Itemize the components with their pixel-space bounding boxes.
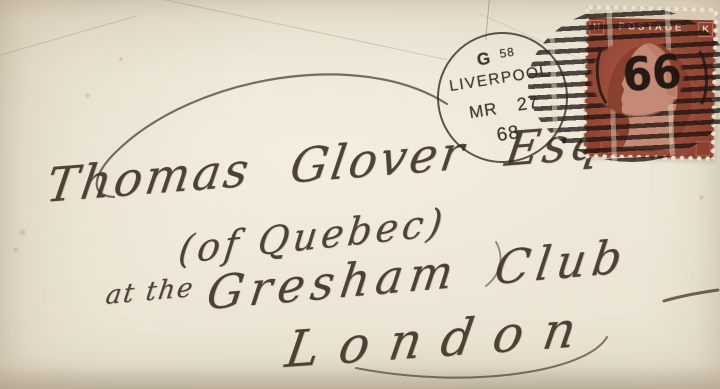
foxing-spot <box>698 194 705 201</box>
stamp-inscription: POSTAGE <box>586 21 716 35</box>
stamp-corner-square-bl <box>587 139 602 154</box>
envelope-photo: Thomas Glover Esq. (of Quebec) at theGre… <box>0 0 720 389</box>
foxing-spot <box>18 228 27 237</box>
postmark-code-number: 58 <box>498 45 515 61</box>
postmark-day: 27 <box>515 91 540 114</box>
postage-stamp: POSTAGE H K <box>583 7 716 160</box>
paper-crease <box>153 0 447 60</box>
stamp-corner-letter-tr: K <box>698 22 713 37</box>
foxing-spot <box>118 56 124 62</box>
stamp-corner-square-br <box>695 141 710 156</box>
address-line-city: London <box>282 299 600 379</box>
foxing-spot <box>12 246 19 253</box>
queen-victoria-silhouette <box>606 35 694 153</box>
paper-crease <box>0 15 137 57</box>
address-line-club-prefix: at the <box>104 273 197 311</box>
postmark-code-letter: G <box>476 48 493 69</box>
stamp-corner-letter-tl: H <box>589 20 604 35</box>
postmark-datestamp: G58 LIVERPOOL MR27 68 <box>435 30 570 165</box>
foxing-spot <box>84 92 91 99</box>
stamp-sheet-margin <box>586 7 716 21</box>
postmark-month: MR <box>468 99 499 122</box>
postmark-text: G58 LIVERPOOL MR27 68 <box>430 25 575 170</box>
